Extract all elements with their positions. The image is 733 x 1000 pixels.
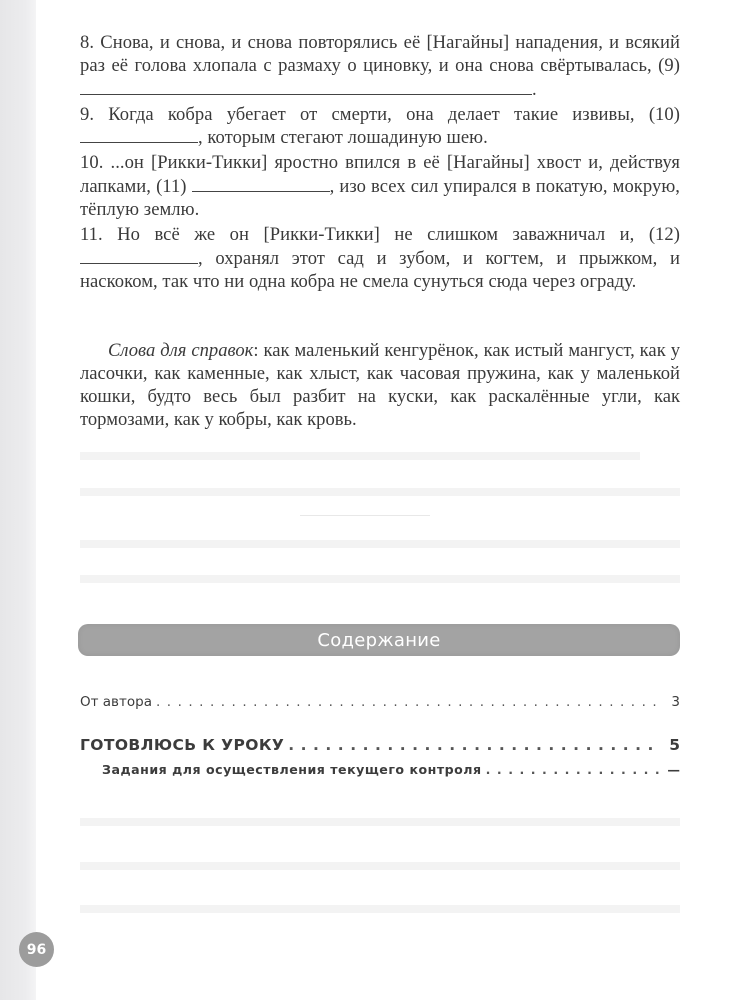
exercise-item: 10. ...он [Рикки-Тикки] яростно впился в… [80, 151, 680, 221]
show-through-mark [80, 488, 680, 496]
answer-blank[interactable] [80, 128, 198, 143]
item-text: Снова, и снова, и снова повторялись её [… [80, 32, 680, 76]
exercise-item: 11. Но всё же он [Рикки-Тикки] не слишко… [80, 223, 680, 293]
blank-label: (12) [649, 224, 680, 245]
show-through-mark [80, 905, 680, 913]
blank-label: (9) [658, 55, 680, 76]
show-through-mark [80, 862, 680, 870]
answer-blank[interactable] [192, 177, 330, 192]
toc-entry[interactable]: Задания для осуществления текущего контр… [102, 762, 680, 777]
toc-entry-label: ГОТОВЛЮСЬ К УРОКУ [80, 736, 288, 754]
item-text: , которым стегают лошадиную шею. [198, 127, 488, 148]
exercise-item: 9. Когда кобра убегает от смерти, она де… [80, 103, 680, 150]
page-gutter-strip [0, 0, 36, 1000]
item-text: Когда кобра убегает от смерти, она делае… [94, 104, 649, 125]
contents-title: Содержание [317, 630, 440, 651]
blank-label: (10) [649, 104, 680, 125]
book-page: 8. Снова, и снова, и снова повторялись е… [80, 0, 680, 1000]
toc-entry-label: От автора [80, 694, 156, 710]
reference-label: Слова для справок [108, 340, 253, 361]
contents-header-bar: Содержание [78, 624, 680, 656]
toc-entry[interactable]: От автора ..............................… [80, 694, 680, 710]
blank-label: (11) [156, 176, 187, 197]
show-through-mark [80, 818, 680, 826]
leader-dots: ........................................… [288, 736, 661, 754]
answer-blank[interactable] [80, 80, 532, 95]
show-through-mark [300, 515, 430, 516]
item-number: 10. [80, 152, 103, 173]
answer-blank[interactable] [80, 249, 198, 264]
show-through-mark [80, 540, 680, 548]
item-text: . [532, 79, 537, 100]
toc-page-number: 3 [662, 694, 680, 710]
item-text: Но всё же он [Рикки-Тикки] не слишком за… [103, 224, 649, 245]
item-number: 11. [80, 224, 103, 245]
toc-page-number: 5 [661, 736, 680, 754]
reference-words: Слова для справок: как маленький кенгурё… [80, 339, 680, 432]
toc-entry-label: Задания для осуществления текущего контр… [102, 762, 486, 777]
item-number: 9. [80, 104, 94, 125]
toc-page-number: — [659, 762, 680, 777]
leader-dots: ........................................… [486, 762, 660, 777]
leader-dots: ........................................… [156, 694, 662, 710]
exercise-item: 8. Снова, и снова, и снова повторялись е… [80, 31, 680, 101]
toc-entry[interactable]: ГОТОВЛЮСЬ К УРОКУ ......................… [80, 736, 680, 754]
show-through-mark [80, 452, 640, 460]
page-number-badge: 96 [19, 932, 54, 967]
show-through-mark [80, 575, 680, 583]
exercise-list: 8. Снова, и снова, и снова повторялись е… [80, 31, 680, 295]
item-number: 8. [80, 32, 94, 53]
